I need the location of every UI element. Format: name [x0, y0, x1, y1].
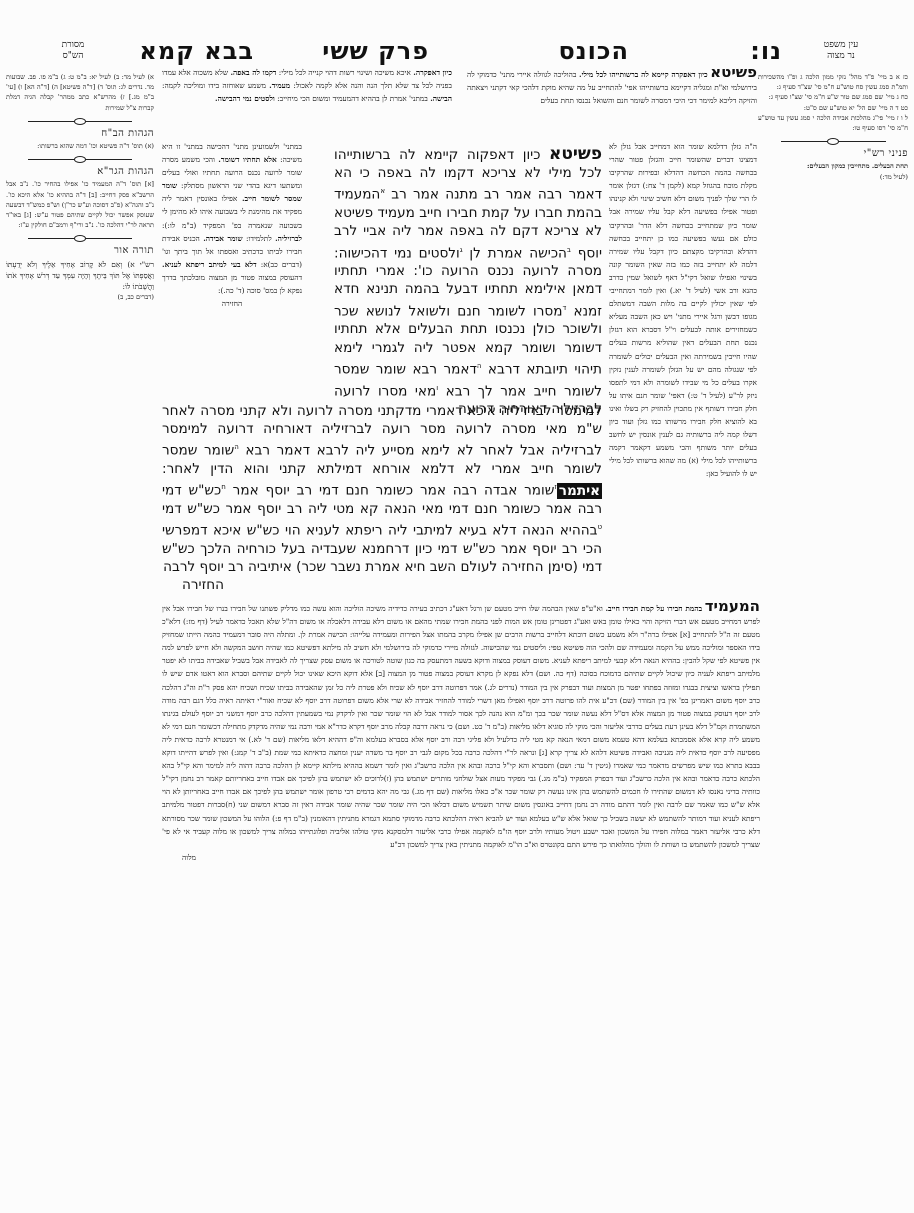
tosafot-column-text: ה"ה גזלן דדלמא שומר הוא דמחייב אבל גזלן …: [609, 142, 757, 478]
rashi-dh: דקמו לה באפה.: [230, 68, 276, 77]
rashi-dh: דלא בעי למיתב ריפתא לעניא.: [162, 260, 257, 269]
ner-mitzvah-label: נר מצוה: [776, 51, 906, 62]
gemara-text: שומר אבדה רבה אמר כשומר חנם דמי רב יוסף …: [226, 483, 555, 499]
masoret-label: מסורת: [8, 40, 138, 51]
ein-mishpat-header: עין משפט נר מצוה: [776, 40, 906, 62]
rashi-dh: ולסטים נמי דהבישה.: [215, 94, 275, 103]
rashi-catchword: החזירה: [162, 297, 302, 310]
rashi-text: במתני' אמרת לן בההיא דהמעמיד ומשום הכי מ…: [277, 94, 428, 103]
tosafot-catchword: מלוה: [162, 851, 760, 864]
rashi-text: איכא משיכה ושינוי רשות דהוי קנייה לכל מי…: [279, 68, 411, 77]
rashi-dh: הבישה.: [430, 94, 452, 103]
perek-name: הכונס: [558, 38, 629, 64]
pninei-rashi-title: פניני רש"י: [758, 149, 908, 159]
hagahot-hagra-text: [א] תוס' ד"ה המעמיד כו' אפילו בהחיר כו'.…: [6, 179, 154, 230]
torah-or-ref: (דברים כב, ב): [6, 292, 154, 302]
pninei-rashi-ref: (לעיל מד:): [758, 172, 908, 182]
rashi-text: לתלמידו:: [246, 234, 272, 243]
hagahot-habach-title: הגהות הב"ח: [6, 129, 154, 139]
masoret-header: מסורת הש"ס: [8, 40, 138, 62]
rashi-dh: אלא תחתיו דשומר.: [218, 155, 277, 164]
tosafot-text: וא"ע"פ שאין הבהמה שלו חייב מטעם שן ורגל …: [162, 604, 760, 849]
torah-or-title: תורה אור: [6, 246, 154, 256]
tosafot-dibur-hamatchil: כיון דאפקרה קיימא לה ברשותייהו לכל מילי.: [579, 70, 708, 79]
tosafot-bottom-block: המעמיד בהמת חבירו על קמת חבירו חייב. וא"…: [162, 600, 760, 864]
ornament-divider: [781, 137, 886, 145]
gemara-column: פשיטא כיון דאפקוה קיימא לה ברשותייהו לכל…: [334, 145, 602, 419]
ornament-divider: [28, 234, 132, 242]
masoret-mark: ט: [597, 523, 602, 531]
rashi-dh: לברזיליה.: [275, 234, 302, 243]
ein-mishpat-label: עין משפט: [776, 40, 906, 51]
rashi-dh: כיון דאפקרה.: [413, 68, 452, 77]
rashi-text: דהעוסק במצוה פטור מן המצוה מובלכתך בדרך …: [162, 273, 302, 295]
rashi-top-block: כיון דאפקרה. איכא משיכה ושינוי רשות דהוי…: [162, 66, 452, 105]
tosafot-dibur-hamatchil: בהמת חבירו על קמת חבירו חייב.: [605, 604, 702, 613]
gemara-text: הכישה אמרת לן: [463, 245, 567, 261]
ein-mishpat-entry: כח ג מיי' שם סמג שם טור ש"ע ח"מ סי' שצ"ו…: [758, 92, 908, 102]
tosafot-lead-word: המעמיד: [705, 597, 760, 615]
perek-number: פרק ששי: [322, 38, 429, 64]
gemara-catchword: החזירה: [162, 576, 602, 594]
itmar-highlight: איתמר: [557, 483, 602, 499]
gemara-full-width: למימסר לברזיליה איכא דאמרי מדקתני מסרה ל…: [162, 402, 602, 595]
rashi-dh: שומר אבידה.: [203, 234, 242, 243]
tractate-name: בבא קמא: [139, 38, 254, 64]
ein-mishpat-column: כז א ב מיי' פ"ד מהל' נזקי ממון הלכה ג ופ…: [758, 72, 908, 182]
left-margin-column: א) לעיל מד: ב) לעיל יא: ב"מ ט: ג) ב"מ פו…: [6, 72, 154, 302]
torah-or-text: רש"י א) וְאִם לֹא קָרוֹב אָחִיךָ אֵלֶיךָ…: [6, 259, 154, 292]
ein-mishpat-entry: כט ד ה מיי' שם הל' יא טוש"ע שם ס"ט:: [758, 103, 908, 113]
rashi-text: משמע שאוחזה בידו ומוליכה לקמה:: [162, 81, 266, 90]
hagahot-habach-text: (א) תוס' ד"ה פשיטא וכו' דמה שהוא ברשותו:: [6, 141, 154, 151]
tosafot-lead-word: פשיטא: [710, 63, 757, 81]
hagahot-hagra-title: הגהות הגר"א: [6, 167, 154, 177]
masoret-text: א) לעיל מד: ב) לעיל יא: ב"מ ט: ג) ב"מ פו…: [6, 72, 154, 113]
tosafot-column: ה"ה גזלן דדלמא שומר הוא דמחייב אבל גזלן …: [609, 140, 757, 592]
ornament-divider: [28, 155, 132, 163]
rashi-dh: מעמיד.: [269, 81, 290, 90]
ein-mishpat-entry: כז א ב מיי' פ"ד מהל' נזקי ממון הלכה ג ופ…: [758, 72, 908, 92]
pninei-rashi-text: תחת הבעלים. מתחייבין כמקון הבעלים:: [758, 161, 908, 171]
hashas-label: הש"ס: [8, 51, 138, 62]
ornament-divider: [28, 117, 132, 125]
gemara-lead-word: פשיטא: [549, 144, 602, 164]
gemara-text: בההיא הנאה דלא בעיא למיתבי ליה ריפתא לענ…: [162, 523, 602, 575]
tosafot-top-block: פשיטא כיון דאפקרה קיימא לה ברשותייהו לכל…: [467, 66, 757, 107]
daf-number: נו:: [750, 38, 782, 64]
ein-mishpat-entry: ל ו ז מיי' פי"ג מהלכות אבידה הלכה י סמג …: [758, 113, 908, 133]
